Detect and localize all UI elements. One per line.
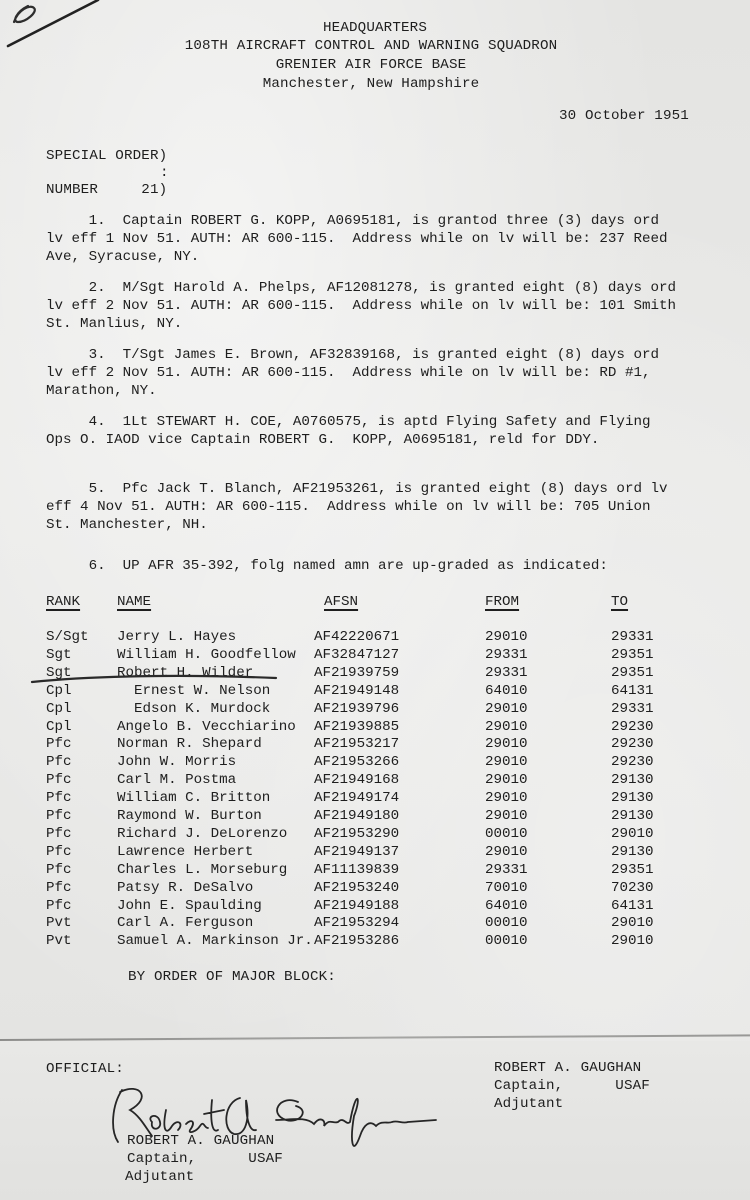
cell-rank: Pfc: [46, 772, 72, 789]
cell-to: 29010: [611, 933, 654, 950]
paragraph-line: 5. Pfc Jack T. Blanch, AF21953261, is gr…: [46, 480, 726, 498]
header-to: TO: [611, 594, 628, 611]
cell-rank: Pvt: [46, 915, 72, 932]
paragraph-1: 1. Captain ROBERT G. KOPP, A0695181, is …: [46, 212, 726, 266]
paragraph-line: Marathon, NY.: [46, 382, 726, 400]
signature-left-title: Captain, USAF: [127, 1151, 283, 1168]
cell-from: 29331: [485, 647, 528, 664]
cell-name: Norman R. Shepard: [117, 736, 262, 753]
cell-to: 29351: [611, 862, 654, 879]
cell-afsn: AF21953294: [314, 915, 399, 932]
cell-name: Lawrence Herbert: [117, 844, 253, 861]
letterhead-headquarters: HEADQUARTERS: [0, 20, 750, 37]
cell-name: Patsy R. DeSalvo: [117, 880, 253, 897]
paragraph-line: 4. 1Lt STEWART H. COE, A0760575, is aptd…: [46, 413, 726, 431]
cell-to: 64131: [611, 898, 654, 915]
cell-rank: Pfc: [46, 808, 72, 825]
table-row: SgtWilliam H. GoodfellowAF32847127293312…: [0, 647, 750, 664]
cell-name: John W. Morris: [117, 754, 236, 771]
cell-rank: Pfc: [46, 790, 72, 807]
table-row: PfcRichard J. DeLorenzoAF219532900001029…: [0, 826, 750, 843]
cell-from: 29010: [485, 844, 528, 861]
table-row: PfcCharles L. MorseburgAF111398392933129…: [0, 862, 750, 879]
cell-name: William C. Britton: [117, 790, 270, 807]
paragraph-line: St. Manlius, NY.: [46, 315, 726, 333]
cell-name: John E. Spaulding: [117, 898, 262, 915]
letterhead-squadron: 108TH AIRCRAFT CONTROL AND WARNING SQUAD…: [0, 38, 746, 55]
paragraph-line: St. Manchester, NH.: [46, 516, 726, 534]
cell-from: 29010: [485, 754, 528, 771]
paragraph-6: 6. UP AFR 35-392, folg named amn are up-…: [46, 557, 726, 575]
paragraph-4: 4. 1Lt STEWART H. COE, A0760575, is aptd…: [46, 413, 726, 449]
signature-left-name: ROBERT A. GAUGHAN: [127, 1133, 274, 1150]
paragraph-line: 1. Captain ROBERT G. KOPP, A0695181, is …: [46, 212, 726, 230]
cell-to: 29230: [611, 736, 654, 753]
cell-rank: Pfc: [46, 862, 72, 879]
cell-from: 29331: [485, 862, 528, 879]
cell-afsn: AF42220671: [314, 629, 399, 646]
paragraph-line: 6. UP AFR 35-392, folg named amn are up-…: [46, 557, 726, 575]
paragraph-2: 2. M/Sgt Harold A. Phelps, AF12081278, i…: [46, 279, 726, 333]
paragraph-5: 5. Pfc Jack T. Blanch, AF21953261, is gr…: [46, 480, 726, 534]
cell-from: 29010: [485, 736, 528, 753]
cell-to: 29130: [611, 772, 654, 789]
table-row: Cpl Edson K. MurdockAF219397962901029331: [0, 701, 750, 718]
header-from: FROM: [485, 594, 519, 611]
cell-from: 00010: [485, 933, 528, 950]
cell-name: Edson K. Murdock: [117, 701, 270, 718]
cell-to: 70230: [611, 880, 654, 897]
paragraph-line: eff 4 Nov 51. AUTH: AR 600-115. Address …: [46, 498, 726, 516]
cell-rank: Pfc: [46, 898, 72, 915]
table-row: PvtSamuel A. Markinson Jr.AF219532860001…: [0, 933, 750, 950]
cell-name: Angelo B. Vecchiarino: [117, 719, 296, 736]
cell-afsn: AF21949148: [314, 683, 399, 700]
cell-from: 64010: [485, 898, 528, 915]
cell-afsn: AF11139839: [314, 862, 399, 879]
special-order-label: SPECIAL ORDER): [46, 148, 167, 165]
cell-afsn: AF32847127: [314, 647, 399, 664]
cell-from: 29010: [485, 719, 528, 736]
paragraph-line: 3. T/Sgt James E. Brown, AF32839168, is …: [46, 346, 726, 364]
cell-rank: Pfc: [46, 826, 72, 843]
cell-from: 29010: [485, 790, 528, 807]
cell-from: 29331: [485, 665, 528, 682]
signature-right-title: Captain, USAF: [494, 1078, 650, 1095]
cell-afsn: AF21949180: [314, 808, 399, 825]
table-row: PfcPatsy R. DeSalvoAF219532407001070230: [0, 880, 750, 897]
cell-to: 29130: [611, 808, 654, 825]
cell-afsn: AF21939796: [314, 701, 399, 718]
table-row: S/SgtJerry L. HayesAF422206712901029331: [0, 629, 750, 646]
letterhead-base: GRENIER AIR FORCE BASE: [0, 57, 746, 74]
table-row: PfcWilliam C. BrittonAF21949174290102913…: [0, 790, 750, 807]
cell-name: Carl M. Postma: [117, 772, 236, 789]
table-row: PfcLawrence HerbertAF219491372901029130: [0, 844, 750, 861]
cell-from: 29010: [485, 772, 528, 789]
table-row: PfcJohn E. SpauldingAF219491886401064131: [0, 898, 750, 915]
cell-to: 29230: [611, 754, 654, 771]
by-order-line: BY ORDER OF MAJOR BLOCK:: [128, 969, 336, 986]
signature-right-name: ROBERT A. GAUGHAN: [494, 1060, 641, 1077]
official-label: OFFICIAL:: [46, 1061, 124, 1078]
cell-rank: Cpl: [46, 701, 72, 718]
cell-name: Samuel A. Markinson Jr.: [117, 933, 313, 950]
cell-afsn: AF21939759: [314, 665, 399, 682]
cell-name: Jerry L. Hayes: [117, 629, 236, 646]
paragraph-line: Ops O. IAOD vice Captain ROBERT G. KOPP,…: [46, 431, 726, 449]
cell-afsn: AF21949188: [314, 898, 399, 915]
signature-left-role: Adjutant: [125, 1169, 194, 1186]
order-date: 30 October 1951: [559, 108, 689, 125]
paragraph-line: lv eff 2 Nov 51. AUTH: AR 600-115. Addre…: [46, 297, 726, 315]
cell-to: 29331: [611, 701, 654, 718]
cell-rank: Cpl: [46, 719, 72, 736]
cell-to: 64131: [611, 683, 654, 700]
cell-to: 29010: [611, 826, 654, 843]
signature-right-role: Adjutant: [494, 1096, 563, 1113]
cell-afsn: AF21953266: [314, 754, 399, 771]
paragraph-line: Ave, Syracuse, NY.: [46, 248, 726, 266]
cell-name: Charles L. Morseburg: [117, 862, 287, 879]
cell-to: 29351: [611, 647, 654, 664]
cell-to: 29130: [611, 790, 654, 807]
cell-name: William H. Goodfellow: [117, 647, 296, 664]
cell-afsn: AF21949137: [314, 844, 399, 861]
cell-afsn: AF21953290: [314, 826, 399, 843]
cell-to: 29010: [611, 915, 654, 932]
table-row: CplAngelo B. VecchiarinoAF21939885290102…: [0, 719, 750, 736]
pen-underline-mark: [30, 672, 280, 688]
cell-rank: Pfc: [46, 754, 72, 771]
cell-afsn: AF21949174: [314, 790, 399, 807]
cell-from: 64010: [485, 683, 528, 700]
paragraph-line: 2. M/Sgt Harold A. Phelps, AF12081278, i…: [46, 279, 726, 297]
header-name: NAME: [117, 594, 151, 611]
header-rank: RANK: [46, 594, 80, 611]
table-row: PfcNorman R. ShepardAF219532172901029230: [0, 736, 750, 753]
cell-afsn: AF21953286: [314, 933, 399, 950]
cell-name: Carl A. Ferguson: [117, 915, 253, 932]
cell-from: 29010: [485, 808, 528, 825]
cell-afsn: AF21953240: [314, 880, 399, 897]
cell-afsn: AF21949168: [314, 772, 399, 789]
cell-to: 29351: [611, 665, 654, 682]
cell-rank: Pvt: [46, 933, 72, 950]
header-afsn: AFSN: [324, 594, 358, 611]
cell-from: 00010: [485, 826, 528, 843]
cell-to: 29331: [611, 629, 654, 646]
table-row: PvtCarl A. FergusonAF219532940001029010: [0, 915, 750, 932]
special-order-number: NUMBER 21): [46, 182, 167, 199]
paragraph-line: lv eff 1 Nov 51. AUTH: AR 600-115. Addre…: [46, 230, 726, 248]
letterhead-location: Manchester, New Hampshire: [0, 76, 746, 93]
cell-from: 70010: [485, 880, 528, 897]
table-header: RANK NAME AFSN FROM TO: [0, 594, 750, 611]
cell-afsn: AF21953217: [314, 736, 399, 753]
cell-name: Richard J. DeLorenzo: [117, 826, 287, 843]
cell-rank: Pfc: [46, 880, 72, 897]
table-row: PfcCarl M. PostmaAF219491682901029130: [0, 772, 750, 789]
table-row: PfcRaymond W. BurtonAF219491802901029130: [0, 808, 750, 825]
cell-rank: Pfc: [46, 736, 72, 753]
table-row: PfcJohn W. MorrisAF219532662901029230: [0, 754, 750, 771]
cell-from: 29010: [485, 629, 528, 646]
cell-from: 29010: [485, 701, 528, 718]
cell-name: Raymond W. Burton: [117, 808, 262, 825]
cell-from: 00010: [485, 915, 528, 932]
paragraph-line: lv eff 2 Nov 51. AUTH: AR 600-115. Addre…: [46, 364, 726, 382]
cell-to: 29130: [611, 844, 654, 861]
paragraph-3: 3. T/Sgt James E. Brown, AF32839168, is …: [46, 346, 726, 400]
cell-rank: S/Sgt: [46, 629, 89, 646]
cell-rank: Sgt: [46, 647, 72, 664]
cell-to: 29230: [611, 719, 654, 736]
cell-rank: Pfc: [46, 844, 72, 861]
cell-afsn: AF21939885: [314, 719, 399, 736]
special-order-colon: :: [160, 165, 169, 182]
